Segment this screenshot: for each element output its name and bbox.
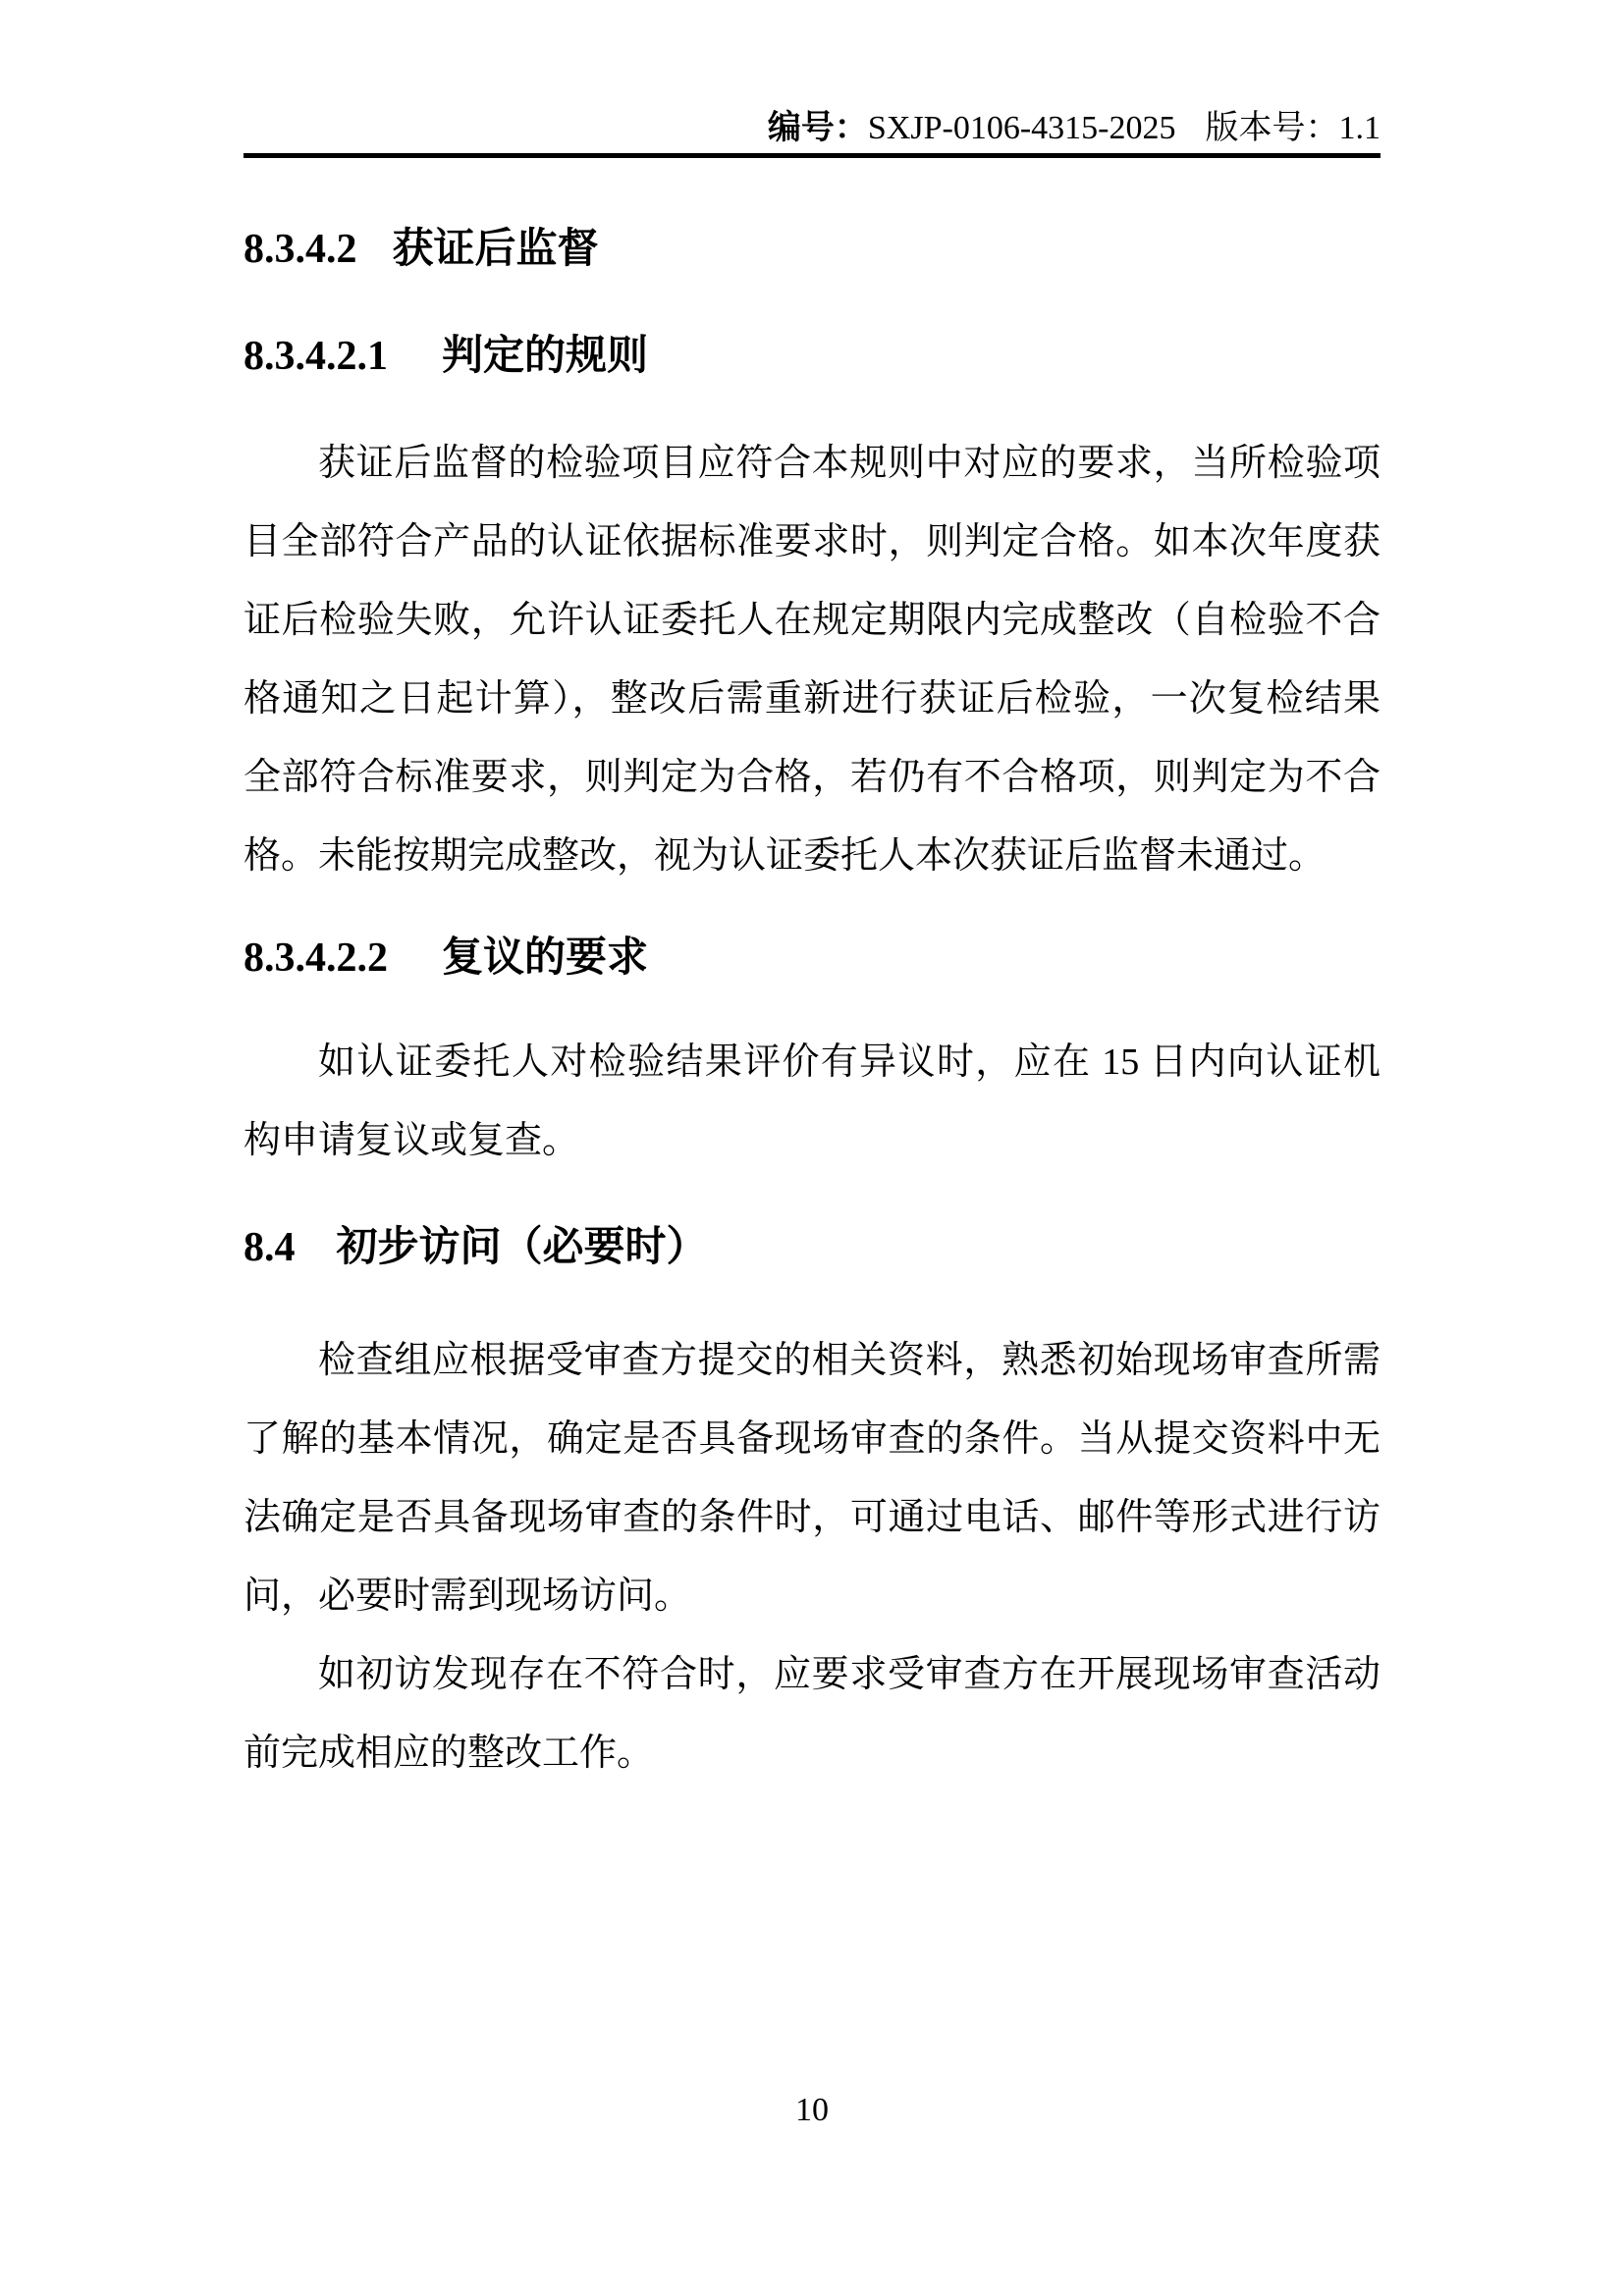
heading-number: 8.3.4.2.1	[244, 327, 388, 386]
heading-title: 复议的要求	[442, 929, 648, 988]
paragraph-line: 构申请复议或复查。	[244, 1101, 1380, 1180]
paragraph-reconsideration: 如认证委托人对检验结果评价有异议时，应在 15 日内向认证机 构申请复议或复查。	[244, 1023, 1380, 1180]
doc-version-value: 1.1	[1339, 110, 1381, 146]
paragraph-line: 如初访发现存在不符合时，应要求受审查方在开展现场审查活动	[244, 1635, 1380, 1714]
paragraph-preliminary-visit: 检查组应根据受审查方提交的相关资料，熟悉初始现场审查所需 了解的基本情况，确定是…	[244, 1321, 1380, 1635]
paragraph-line: 如认证委托人对检验结果评价有异议时，应在 15 日内向认证机	[244, 1023, 1380, 1101]
heading-number: 8.3.4.2.2	[244, 929, 388, 988]
heading-number: 8.3.4.2	[244, 220, 357, 279]
paragraph-line: 法确定是否具备现场审查的条件时，可通过电话、邮件等形式进行访	[244, 1478, 1380, 1557]
header-divider-rule	[244, 153, 1380, 158]
section-heading-post-cert-supervision: 8.3.4.2 获证后监督	[244, 220, 1380, 279]
paragraph-line: 证后检验失败，允许认证委托人在规定期限内完成整改（自检验不合	[244, 581, 1380, 660]
paragraph-initial-visit-nonconformity: 如初访发现存在不符合时，应要求受审查方在开展现场审查活动 前完成相应的整改工作。	[244, 1635, 1380, 1792]
document-content: 编号：SXJP-0106-4315-2025版本号：1.1 8.3.4.2 获证…	[244, 104, 1380, 2135]
doc-code-label: 编号：	[768, 110, 868, 146]
doc-version-label: 版本号：	[1206, 110, 1339, 146]
paragraph-line: 前完成相应的整改工作。	[244, 1714, 1380, 1792]
paragraph-line: 检查组应根据受审查方提交的相关资料，熟悉初始现场审查所需	[244, 1321, 1380, 1400]
heading-number: 8.4	[244, 1218, 296, 1277]
section-heading-reconsideration-requirements: 8.3.4.2.2 复议的要求	[244, 929, 1380, 988]
document-page: 编号：SXJP-0106-4315-2025版本号：1.1 8.3.4.2 获证…	[0, 0, 1624, 2296]
heading-title: 初步访问（必要时）	[337, 1218, 708, 1277]
section-heading-preliminary-visit: 8.4 初步访问（必要时）	[244, 1218, 1380, 1277]
document-header: 编号：SXJP-0106-4315-2025版本号：1.1	[244, 104, 1380, 153]
paragraph-judgement-rules: 获证后监督的检验项目应符合本规则中对应的要求，当所检验项 目全部符合产品的认证依…	[244, 424, 1380, 895]
paragraph-line: 目全部符合产品的认证依据标准要求时，则判定合格。如本次年度获	[244, 503, 1380, 581]
heading-title: 获证后监督	[393, 220, 599, 279]
doc-code-value: SXJP-0106-4315-2025	[868, 110, 1176, 146]
paragraph-line: 全部符合标准要求，则判定为合格，若仍有不合格项，则判定为不合	[244, 738, 1380, 817]
heading-title: 判定的规则	[442, 327, 648, 386]
paragraph-line: 获证后监督的检验项目应符合本规则中对应的要求，当所检验项	[244, 424, 1380, 503]
paragraph-line: 问，必要时需到现场访问。	[244, 1557, 1380, 1635]
paragraph-line: 格通知之日起计算），整改后需重新进行获证后检验，一次复检结果	[244, 660, 1380, 738]
paragraph-line: 格。未能按期完成整改，视为认证委托人本次获证后监督未通过。	[244, 817, 1380, 895]
paragraph-line: 了解的基本情况，确定是否具备现场审查的条件。当从提交资料中无	[244, 1400, 1380, 1478]
section-heading-judgement-rules: 8.3.4.2.1 判定的规则	[244, 327, 1380, 386]
page-number: 10	[244, 2086, 1380, 2135]
